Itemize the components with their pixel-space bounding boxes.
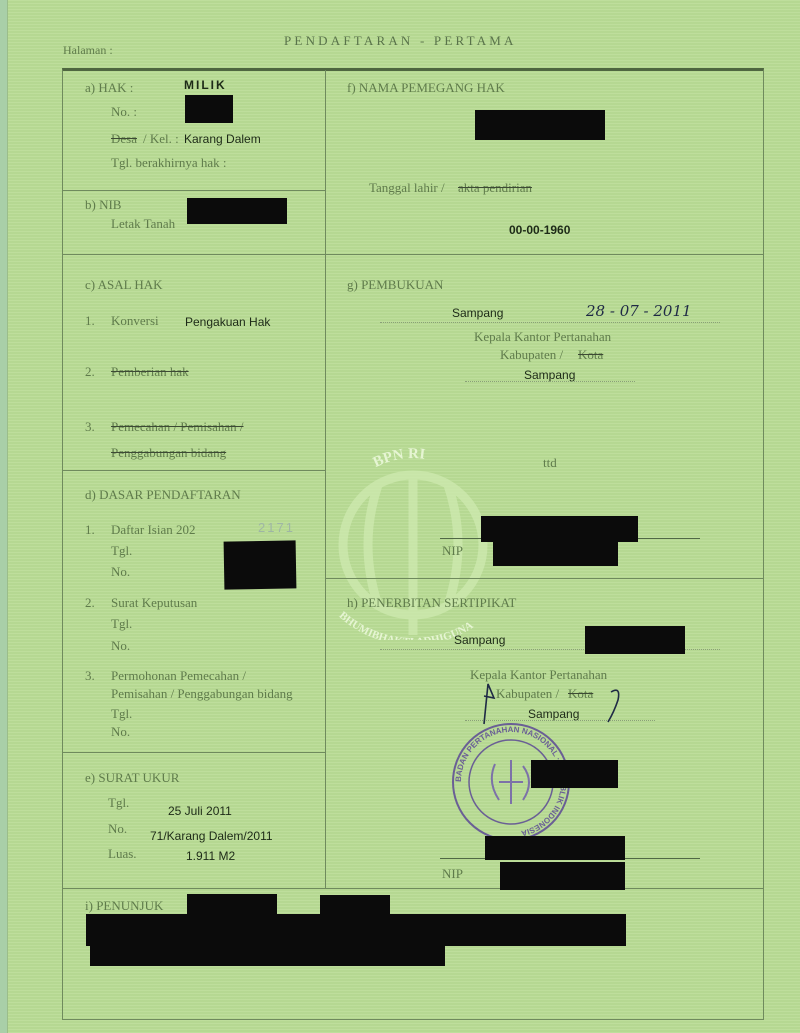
tgl-berakhir-label: Tgl. berakhirnya hak :: [111, 155, 227, 171]
redacted-nib: [187, 198, 287, 224]
redacted-officer-name: [481, 516, 638, 542]
tanggal-lahir-label: Tanggal lahir /: [369, 180, 445, 196]
office-place: Sampang: [524, 368, 575, 382]
pembukuan-date-handwritten: 28 - 07 - 2011: [586, 302, 692, 320]
redacted-hak-number: [185, 95, 233, 123]
nip-label: NIP: [442, 866, 463, 882]
permohonan-label: Permohonan Pemecahan /: [111, 668, 246, 684]
page-label: Halaman :: [63, 43, 113, 58]
su-no-label: No.: [108, 821, 127, 837]
penunjuk-label: i) PENUNJUK: [85, 898, 163, 914]
asal-hak-label: c) ASAL HAK: [85, 277, 163, 293]
row-divider: [62, 190, 325, 191]
row-divider: [62, 254, 764, 255]
row-divider: [62, 470, 325, 471]
redacted-nip-h: [500, 862, 625, 890]
redacted-holder-name: [475, 110, 605, 140]
letak-tanah-label: Letak Tanah: [111, 216, 175, 232]
column-divider: [325, 70, 326, 888]
redacted-penunjuk-3: [86, 914, 626, 946]
pemisahan-label: Pemisahan / Penggabungan bidang: [111, 686, 293, 702]
penerbitan-place: Sampang: [454, 633, 505, 647]
pemecahan-label: Pemecahan / Pemisahan /: [111, 419, 244, 435]
item-number: 1.: [85, 522, 95, 538]
item-number: 1.: [85, 313, 95, 329]
item-number: 2.: [85, 595, 95, 611]
akta-pendirian-label: akta pendirian: [458, 180, 532, 196]
row-divider: [62, 752, 325, 753]
pembukuan-place: Sampang: [452, 306, 503, 320]
hak-value: MILIK: [184, 78, 227, 92]
dasar-pendaftaran-label: d) DASAR PENDAFTARAN: [85, 487, 241, 503]
office-line1: Kepala Kantor Pertanahan: [474, 329, 611, 345]
ttd-label: ttd: [543, 455, 557, 471]
tgl-label: Tgl.: [111, 706, 132, 722]
dotted-line: [380, 322, 720, 323]
nib-label: b) NIB: [85, 197, 121, 213]
konversi-value: Pengakuan Hak: [185, 315, 270, 329]
kota-struck: Kota: [578, 347, 603, 363]
tanggal-lahir-value: 00-00-1960: [509, 223, 570, 237]
nip-label: NIP: [442, 543, 463, 559]
redacted-penunjuk-4: [90, 944, 445, 966]
redacted-daftar-isian: [224, 540, 297, 589]
redacted-nip: [493, 540, 618, 566]
su-no-value: 71/Karang Dalem/2011: [150, 829, 273, 843]
daftar-isian-label: Daftar Isian 202: [111, 522, 195, 538]
su-luas-label: Luas.: [108, 846, 137, 862]
row-divider: [325, 578, 764, 579]
tgl-label: Tgl.: [111, 616, 132, 632]
su-tgl-value: 25 Juli 2011: [168, 804, 232, 818]
kel-label: / Kel. :: [143, 131, 179, 147]
su-tgl-label: Tgl.: [108, 795, 129, 811]
redacted-penerbitan-date: [585, 626, 685, 654]
kel-value: Karang Dalem: [184, 132, 261, 146]
tgl-label: Tgl.: [111, 543, 132, 559]
signature-scribble: [476, 676, 626, 726]
no-label: No.: [111, 724, 130, 740]
surat-keputusan-label: Surat Keputusan: [111, 595, 197, 611]
surat-ukur-label: e) SURAT UKUR: [85, 770, 179, 786]
office-line2: Kabupaten /: [500, 347, 563, 363]
konversi-label: Konversi: [111, 313, 159, 329]
su-luas-value: 1.911 M2: [186, 849, 235, 863]
redacted-officer-title: [531, 760, 618, 788]
penggabungan-label: Penggabungan bidang: [111, 445, 226, 461]
hak-label: a) HAK :: [85, 80, 133, 96]
scan-edge: [0, 0, 8, 1033]
penerbitan-label: h) PENERBITAN SERTIPIKAT: [347, 595, 516, 611]
document-title: PENDAFTARAN - PERTAMA: [284, 33, 517, 49]
form-frame: [62, 68, 764, 1020]
row-divider: [62, 888, 764, 889]
item-number: 3.: [85, 419, 95, 435]
dotted-line: [465, 381, 635, 382]
hak-no-label: No. :: [111, 104, 137, 120]
desa-label: Desa: [111, 131, 137, 147]
item-number: 2.: [85, 364, 95, 380]
pemegang-hak-label: f) NAMA PEMEGANG HAK: [347, 80, 505, 96]
redacted-officer-name-h: [485, 836, 625, 860]
pemberian-hak-label: Pemberian hak: [111, 364, 189, 380]
handwritten-annotation: 2171: [258, 520, 295, 535]
no-label: No.: [111, 564, 130, 580]
pembukuan-label: g) PEMBUKUAN: [347, 277, 443, 293]
item-number: 3.: [85, 668, 95, 684]
no-label: No.: [111, 638, 130, 654]
